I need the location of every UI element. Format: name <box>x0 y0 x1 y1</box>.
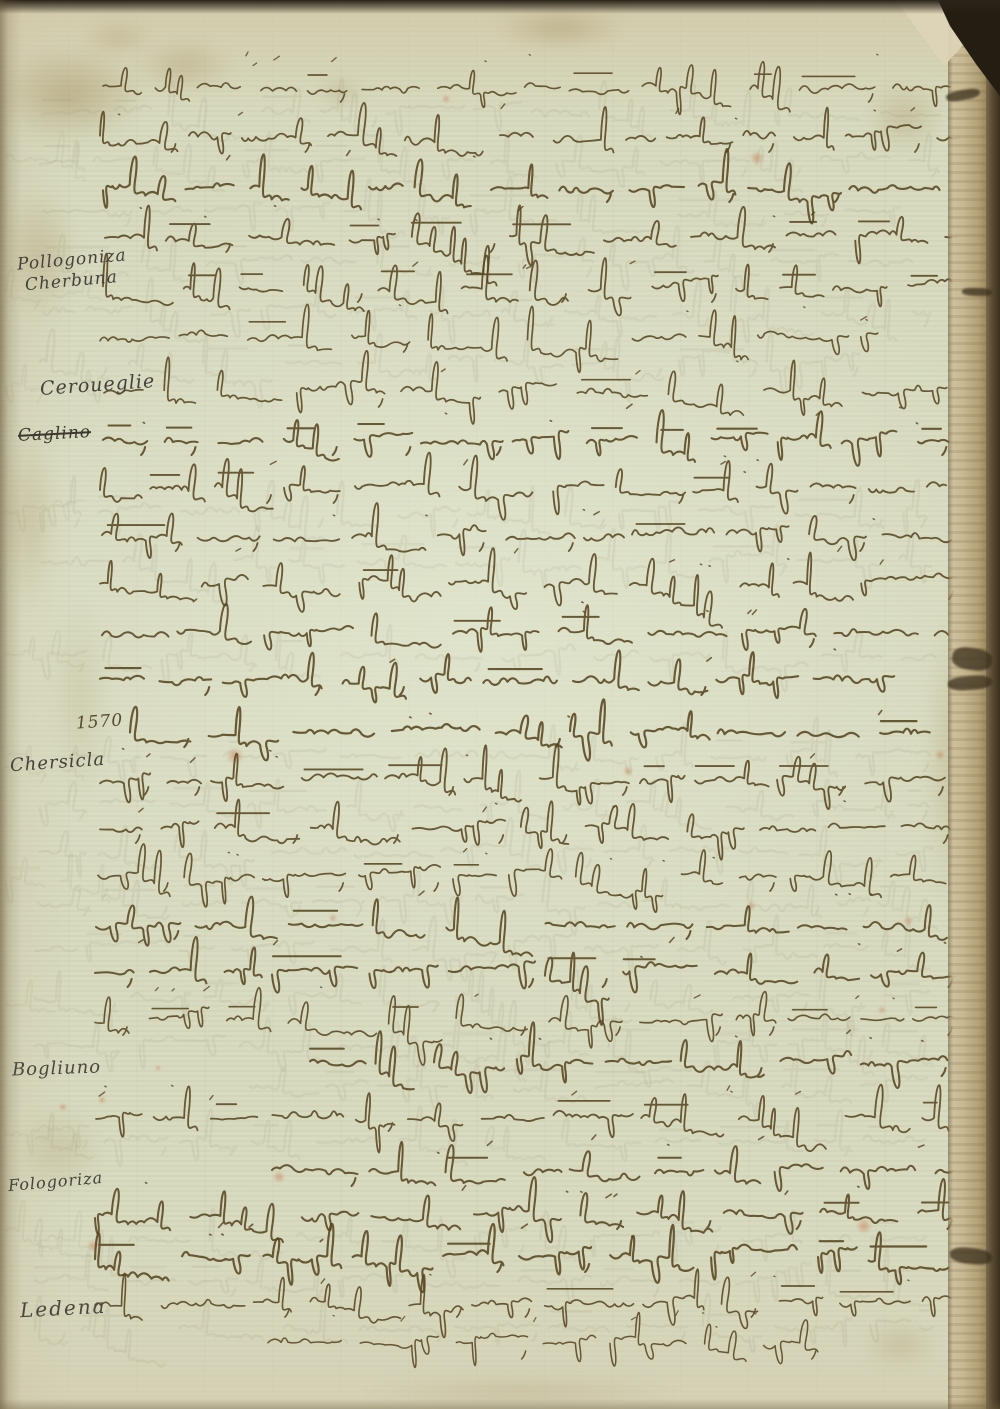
page-bottom-edge-shadow <box>0 1399 1000 1409</box>
margin-note-bogliuno: Bogliuno <box>12 1056 102 1082</box>
margin-note-line: 1570 <box>75 710 124 734</box>
margin-note-year-1570: 1570 <box>75 710 124 734</box>
manuscript-scan: Pollogoniza Cherbuna Ceroueglie Caglino … <box>0 0 1000 1409</box>
margin-note-line-struck: Caglino <box>17 422 91 447</box>
handwriting-body <box>0 0 1000 1409</box>
page-top-edge-shadow <box>0 0 1000 14</box>
fore-edge-pages <box>948 0 986 1409</box>
binding-edge <box>986 0 1000 1409</box>
fore-edge-mark <box>962 287 992 296</box>
margin-note-line: Bogliuno <box>12 1056 102 1082</box>
margin-note-line: Ledena <box>19 1294 107 1323</box>
margin-note-ledena: Ledena <box>19 1294 107 1323</box>
page-left-edge-shadow <box>0 0 22 1409</box>
margin-note-struck-caglino: Caglino <box>17 422 91 447</box>
